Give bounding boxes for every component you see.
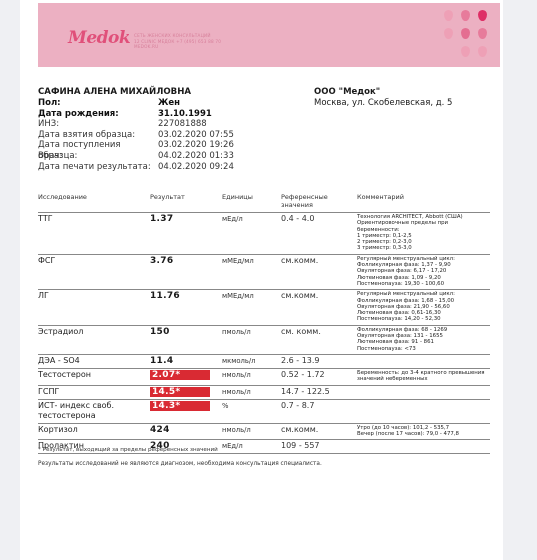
table-row: ФСГ3.76мМЕд/млсм.комм.Регулярный менстру…	[38, 254, 490, 289]
test-unit: мЕд/л	[222, 440, 281, 454]
header-ref: Референсные значения	[281, 194, 353, 213]
organization-name: ООО "Медок"	[314, 87, 452, 98]
patient-field: Дата взятия образца:03.02.2020 07:55	[38, 130, 234, 141]
header-test: Исследование	[38, 194, 150, 213]
test-reference: 109 - 557	[281, 440, 353, 454]
field-label: Дата взятия образца:	[38, 130, 158, 141]
table-row: ДЭА - SO411.4мкмоль/л2.6 - 13.9	[38, 354, 490, 368]
medok-logo: Medok	[68, 28, 130, 48]
test-unit: нмоль/л	[222, 423, 281, 440]
header-result: Результат	[150, 194, 222, 213]
test-name: Эстрадиол	[38, 325, 150, 354]
test-result: 3.76	[150, 254, 222, 289]
test-comment	[353, 385, 490, 399]
test-result: 2.07*	[150, 368, 222, 385]
test-name: Тестостерон	[38, 368, 150, 385]
table-row: ТТГ1.37мЕд/л0.4 - 4.0Технология ARCHITEC…	[38, 213, 490, 255]
organization-address: Москва, ул. Скобелевская, д. 5	[314, 98, 452, 109]
test-comment	[353, 354, 490, 368]
table-header: Исследование Результат Единицы Референсн…	[38, 194, 490, 213]
test-unit: нмоль/л	[222, 385, 281, 399]
test-name: ФСГ	[38, 254, 150, 289]
test-comment: Технология ARCHITECT, Abbott (США)Ориент…	[353, 213, 490, 255]
field-value: 227081888	[158, 119, 207, 130]
test-result: 11.4	[150, 354, 222, 368]
test-result: 150	[150, 325, 222, 354]
patient-name: САФИНА АЛЕНА МИХАЙЛОВНА	[38, 87, 234, 97]
field-label: ИНЗ:	[38, 119, 158, 130]
test-name: ДЭА - SO4	[38, 354, 150, 368]
disclaimer: Результаты исследований не являются диаг…	[38, 461, 322, 467]
test-reference: 0.52 - 1.72	[281, 368, 353, 385]
test-comment: Утро (до 10 часов): 101,2 - 535,7Вечер (…	[353, 423, 490, 440]
test-reference: 14.7 - 122.5	[281, 385, 353, 399]
test-unit: нмоль/л	[222, 368, 281, 385]
flagged-result: 2.07*	[150, 370, 210, 380]
decorative-dots	[444, 10, 494, 64]
results-table: Исследование Результат Единицы Референсн…	[38, 194, 490, 454]
field-value: 03.02.2020 19:26	[158, 140, 234, 151]
test-reference: 0.4 - 4.0	[281, 213, 353, 255]
field-value: 03.02.2020 07:55	[158, 130, 234, 141]
header-comment: Комментарий	[353, 194, 490, 213]
test-reference: 0.7 - 8.7	[281, 399, 353, 423]
test-result: 1.37	[150, 213, 222, 255]
test-comment: Фолликулярная фаза: 68 - 1269Овуляторная…	[353, 325, 490, 354]
flagged-result: 14.5*	[150, 387, 210, 397]
test-unit: мкмоль/л	[222, 354, 281, 368]
field-label: Дата рождения:	[38, 109, 158, 120]
clinic-info: СЕТЬ ЖЕНСКИХ КОНСУЛЬТАЦИЙ 12 CLINIC МЕДО…	[134, 33, 221, 50]
test-comment: Беременность: до 3-4 кратного превышения…	[353, 368, 490, 385]
test-reference: см. комм.	[281, 325, 353, 354]
table-row: ЛГ11.76мМЕд/млсм.комм.Регулярный менстру…	[38, 290, 490, 325]
field-value: 04.02.2020 01:33	[158, 151, 234, 162]
patient-field: Дата поступления образца:03.02.2020 19:2…	[38, 140, 234, 151]
test-unit: %	[222, 399, 281, 423]
table-row: ИСТ- индекс своб. тестостерона14.3*%0.7 …	[38, 399, 490, 423]
header-banner: Medok СЕТЬ ЖЕНСКИХ КОНСУЛЬТАЦИЙ 12 CLINI…	[38, 3, 500, 67]
test-reference: 2.6 - 13.9	[281, 354, 353, 368]
patient-info: САФИНА АЛЕНА МИХАЙЛОВНА Пол:ЖенДата рожд…	[38, 87, 234, 172]
test-result: 424	[150, 423, 222, 440]
test-unit: мМЕд/мл	[222, 254, 281, 289]
test-comment	[353, 399, 490, 423]
field-value: Жен	[158, 98, 180, 109]
test-unit: мЕд/л	[222, 213, 281, 255]
test-name: ЛГ	[38, 290, 150, 325]
test-comment: Регулярный менструальный цикл:Фолликуляр…	[353, 290, 490, 325]
field-label: Врач:	[38, 151, 158, 162]
test-result: 14.3*	[150, 399, 222, 423]
test-name: ГСПГ	[38, 385, 150, 399]
field-label: Дата поступления образца:	[38, 140, 158, 151]
table-row: Кортизол424нмоль/лсм.комм.Утро (до 10 ча…	[38, 423, 490, 440]
test-unit: мМЕд/мл	[222, 290, 281, 325]
test-comment: Регулярный менструальный цикл:Фолликуляр…	[353, 254, 490, 289]
field-value: 31.10.1991	[158, 109, 212, 120]
field-value: 04.02.2020 09:24	[158, 162, 234, 173]
patient-field: ИНЗ:227081888	[38, 119, 234, 130]
test-reference: см.комм.	[281, 254, 353, 289]
patient-field: Врач:04.02.2020 01:33	[38, 151, 234, 162]
test-reference: см.комм.	[281, 423, 353, 440]
test-name: ИСТ- индекс своб. тестостерона	[38, 399, 150, 423]
test-name: Кортизол	[38, 423, 150, 440]
table-row: ГСПГ14.5*нмоль/л14.7 - 122.5	[38, 385, 490, 399]
table-row: Эстрадиол150пмоль/лсм. комм.Фолликулярна…	[38, 325, 490, 354]
field-label: Пол:	[38, 98, 158, 109]
test-result: 11.76	[150, 290, 222, 325]
organization-info: ООО "Медок" Москва, ул. Скобелевская, д.…	[314, 87, 452, 109]
field-label: Дата печати результата:	[38, 162, 158, 173]
footnote: * Результат, выходящий за пределы рефере…	[38, 447, 218, 453]
patient-field: Дата печати результата:04.02.2020 09:24	[38, 162, 234, 173]
test-unit: пмоль/л	[222, 325, 281, 354]
table-row: Тестостерон2.07*нмоль/л0.52 - 1.72Береме…	[38, 368, 490, 385]
test-result: 14.5*	[150, 385, 222, 399]
flagged-result: 14.3*	[150, 401, 210, 411]
test-comment	[353, 440, 490, 454]
patient-field: Дата рождения:31.10.1991	[38, 109, 234, 120]
patient-field: Пол:Жен	[38, 98, 234, 109]
test-name: ТТГ	[38, 213, 150, 255]
header-unit: Единицы	[222, 194, 281, 213]
test-reference: см.комм.	[281, 290, 353, 325]
report-page: Medok СЕТЬ ЖЕНСКИХ КОНСУЛЬТАЦИЙ 12 CLINI…	[20, 0, 503, 560]
